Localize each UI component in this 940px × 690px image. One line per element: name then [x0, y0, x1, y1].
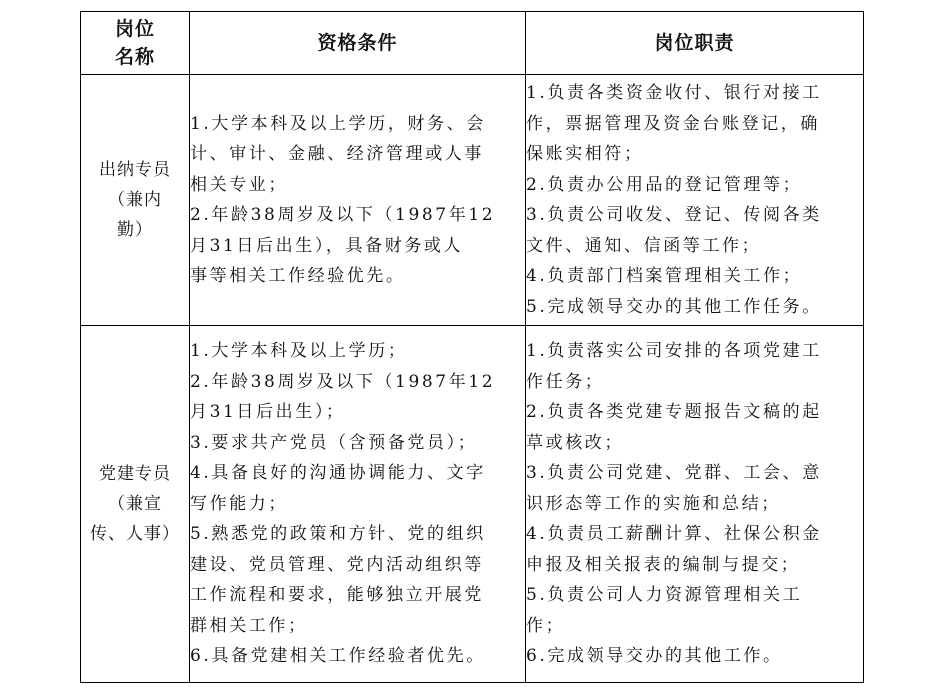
qualification-line: 1.大学本科及以上学历，财务、会: [190, 109, 525, 140]
position-name-line: 勤）: [81, 215, 189, 245]
duty-line: 申报及相关报表的编制与提交；: [526, 550, 863, 581]
duty-line: 4.负责员工薪酬计算、社保公积金: [526, 519, 863, 550]
header-position-name-line: 名称: [81, 43, 189, 71]
duty-line: 文件、通知、信函等工作；: [526, 231, 863, 262]
table-header-row: 岗位 名称 资格条件 岗位职责: [81, 12, 864, 75]
duty-line: 2.负责办公用品的登记管理等；: [526, 170, 863, 201]
header-duties: 岗位职责: [526, 12, 864, 75]
qualification-line: 月31日后出生）；: [190, 397, 525, 428]
position-name-line: 出纳专员: [81, 155, 189, 185]
duty-line: 作任务；: [526, 367, 863, 398]
duty-line: 3.负责公司党建、党群、工会、意: [526, 458, 863, 489]
header-qualifications: 资格条件: [190, 12, 526, 75]
duty-line: 1.负责各类资金收付、银行对接工: [526, 78, 863, 109]
qualification-line: 1.大学本科及以上学历；: [190, 336, 525, 367]
qualification-line: 2.年龄38周岁及以下（1987年12: [190, 367, 525, 398]
table-row: 出纳专员 （兼内 勤） 1.大学本科及以上学历，财务、会 计、审计、金融、经济管…: [81, 75, 864, 326]
qualification-line: 相关专业；: [190, 170, 525, 201]
position-name-cell: 出纳专员 （兼内 勤）: [81, 75, 190, 326]
qualification-line: 6.具备党建相关工作经验者优先。: [190, 641, 525, 672]
qualification-line: 事等相关工作经验优先。: [190, 261, 525, 292]
duty-line: 2.负责各类党建专题报告文稿的起: [526, 397, 863, 428]
qualification-line: 5.熟悉党的政策和方针、党的组织: [190, 519, 525, 550]
duty-line: 作；: [526, 611, 863, 642]
qualification-line: 2.年龄38周岁及以下（1987年12: [190, 200, 525, 231]
duty-line: 3.负责公司收发、登记、传阅各类: [526, 200, 863, 231]
qualifications-cell: 1.大学本科及以上学历，财务、会 计、审计、金融、经济管理或人事 相关专业； 2…: [190, 75, 526, 326]
qualification-line: 计、审计、金融、经济管理或人事: [190, 139, 525, 170]
position-name-line: （兼宣: [81, 489, 189, 519]
duty-line: 6.完成领导交办的其他工作。: [526, 641, 863, 672]
position-name-line: （兼内: [81, 185, 189, 215]
position-name-cell: 党建专员 （兼宣 传、人事）: [81, 326, 190, 683]
qualification-line: 群相关工作；: [190, 611, 525, 642]
header-position-name-line: 岗位: [81, 15, 189, 43]
duty-line: 5.完成领导交办的其他工作任务。: [526, 292, 863, 323]
qualification-line: 月31日后出生），具备财务或人: [190, 231, 525, 262]
duties-cell: 1.负责落实公司安排的各项党建工 作任务； 2.负责各类党建专题报告文稿的起 草…: [526, 326, 864, 683]
qualification-line: 写作能力；: [190, 489, 525, 520]
duties-cell: 1.负责各类资金收付、银行对接工 作，票据管理及资金台账登记，确 保账实相符； …: [526, 75, 864, 326]
duty-line: 识形态等工作的实施和总结；: [526, 489, 863, 520]
qualifications-cell: 1.大学本科及以上学历； 2.年龄38周岁及以下（1987年12 月31日后出生…: [190, 326, 526, 683]
qualification-line: 4.具备良好的沟通协调能力、文字: [190, 458, 525, 489]
table-row: 党建专员 （兼宣 传、人事） 1.大学本科及以上学历； 2.年龄38周岁及以下（…: [81, 326, 864, 683]
qualification-line: 工作流程和要求，能够独立开展党: [190, 580, 525, 611]
duty-line: 1.负责落实公司安排的各项党建工: [526, 336, 863, 367]
duty-line: 4.负责部门档案管理相关工作；: [526, 261, 863, 292]
qualification-line: 3.要求共产党员（含预备党员）；: [190, 428, 525, 459]
position-name-line: 传、人事）: [81, 519, 189, 549]
qualification-line: 建设、党员管理、党内活动组织等: [190, 550, 525, 581]
header-position-name: 岗位 名称: [81, 12, 190, 75]
duty-line: 保账实相符；: [526, 139, 863, 170]
position-name-line: 党建专员: [81, 459, 189, 489]
job-requirements-table: 岗位 名称 资格条件 岗位职责 出纳专员 （兼内 勤） 1.大学本科及以上学历，…: [80, 11, 864, 683]
duty-line: 5.负责公司人力资源管理相关工: [526, 580, 863, 611]
duty-line: 草或核改；: [526, 428, 863, 459]
duty-line: 作，票据管理及资金台账登记，确: [526, 109, 863, 140]
